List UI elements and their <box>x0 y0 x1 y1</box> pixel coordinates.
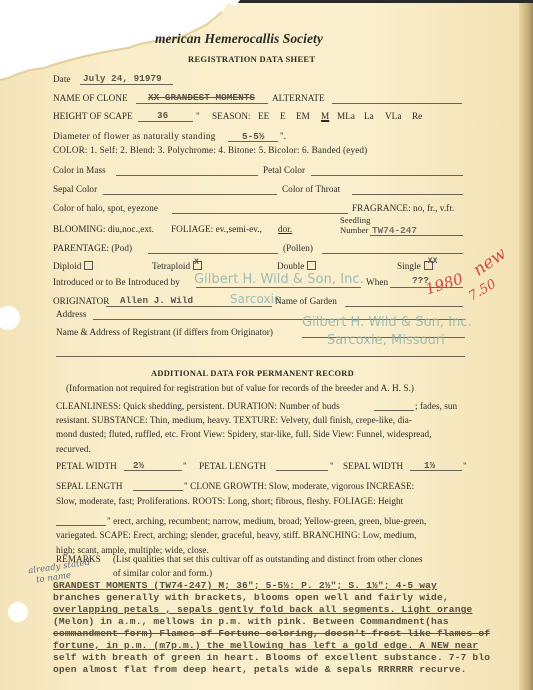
foliage-label: FOLIAGE: ev.,semi-ev., <box>171 224 262 234</box>
introduced-label: Introduced or to Be Introduced by <box>53 277 180 287</box>
clone-value: XX GRANDEST MOMENTS <box>148 92 255 103</box>
remarks-instructions-1: (List qualities that set this cultivar o… <box>113 554 423 564</box>
pollen-field <box>322 253 463 254</box>
single-label: Single <box>397 261 421 271</box>
date-label: Date <box>53 74 71 84</box>
growth-line1: " CLONE GROWTH: Slow, moderate, vigorous… <box>184 481 414 491</box>
org-title: merican Hemerocallis Society <box>155 31 323 47</box>
scape-inch: " <box>196 111 200 121</box>
growth-line3: " erect, arching, recumbent; narrow, med… <box>107 516 426 526</box>
tetraploid-label: Tetraploid <box>152 261 190 271</box>
halo-label: Color of halo, spot, eyezone <box>53 203 158 213</box>
season-re: Re <box>412 111 422 121</box>
growth-line2: Slow, moderate, fast; Proliferations. RO… <box>56 496 403 506</box>
cleanliness-line4: recurved. <box>56 444 91 454</box>
petal-color-field <box>311 175 463 176</box>
double-checkbox <box>307 261 316 270</box>
remarks-line-4: (Melon) in a.m., mellows in p.m. with pi… <box>53 616 449 627</box>
season-ee: EE <box>258 111 269 121</box>
remarks-line-6: fortune, in p.m. (m7p.m.) the mellowing … <box>53 640 478 651</box>
throat-field <box>352 194 463 195</box>
tetraploid-check-mark: X <box>194 258 199 267</box>
additional-title: ADDITIONAL DATA FOR PERMANENT RECORD <box>151 369 354 378</box>
date-value: July 24, 91979 <box>83 73 162 84</box>
double-option: Double <box>277 261 316 271</box>
petal-color-label: Petal Color <box>263 165 305 175</box>
throat-label: Color of Throat <box>282 184 340 194</box>
diameter-label: Diameter of flower as naturally standing <box>53 131 216 141</box>
double-label: Double <box>277 261 304 271</box>
season-la: La <box>364 111 374 121</box>
clone-label: NAME OF CLONE <box>53 93 128 103</box>
season-m-selected: M <box>321 111 329 121</box>
season-em: EM <box>296 111 310 121</box>
tetraploid-checkbox: X <box>193 261 202 270</box>
sepal-color-label: Sepal Color <box>53 184 97 194</box>
season-mla: MLa <box>337 111 355 121</box>
originator-value: Allen J. Wild <box>120 295 193 306</box>
blooming-label: BLOOMING: diu,noc.,ext. <box>53 224 154 234</box>
foliage-dor-selected: dor. <box>278 224 292 234</box>
halo-field <box>172 213 348 214</box>
sheet-title: REGISTRATION DATA SHEET <box>188 54 315 64</box>
color-types: COLOR: 1. Self: 2. Blend: 3. Polychrome:… <box>53 145 367 155</box>
single-checkbox: XX <box>424 261 433 270</box>
remarks-line-7: self with breath of green in heart. Bloo… <box>53 652 490 663</box>
sepal-color-field <box>103 194 277 195</box>
sepal-width-inch: " <box>463 461 467 471</box>
paper-edge <box>519 3 533 690</box>
foliage-height-field <box>56 525 106 526</box>
sepal-length-field <box>133 490 183 491</box>
garden-field <box>345 306 463 307</box>
registrant-stamp-line2: Sarcoxie, Missouri <box>327 333 445 348</box>
remarks-line-8: open almost flat from deep heart, petals… <box>53 664 467 675</box>
registrant-stamp-line1: Gilbert H. Wild & Son, Inc. <box>302 315 472 330</box>
scape-label: HEIGHT OF SCAPE <box>53 111 133 121</box>
cleanliness-line1: CLEANLINESS: Quick shedding, persistent.… <box>56 401 340 411</box>
diploid-checkbox <box>84 261 93 270</box>
pod-field <box>148 253 278 254</box>
diameter-suffix: ". <box>280 131 286 141</box>
seedling-number-label: Number <box>340 225 368 235</box>
punch-hole-bottom <box>8 602 28 622</box>
address-label: Address <box>56 309 86 319</box>
alternate-label: ALTERNATE <box>272 93 325 103</box>
introducer-stamp: Gilbert H. Wild & Son, Inc. <box>194 272 364 287</box>
seedling-label: Seedling <box>340 215 370 225</box>
pollen-label: (Pollen) <box>283 243 313 253</box>
remarks-line-3: overlapping petals , sepals gently fold … <box>53 604 472 615</box>
parentage-label: PARENTAGE: (Pod) <box>53 243 132 253</box>
color-mass-label: Color in Mass <box>53 165 106 175</box>
single-check-mark: XX <box>428 257 438 266</box>
diploid-option: Diploid <box>53 261 93 271</box>
registrant-field-line2 <box>56 356 465 357</box>
diploid-label: Diploid <box>53 261 81 271</box>
petal-width-inch: " <box>183 461 187 471</box>
remarks-line-1: GRANDEST MOMENTS (TW74-247) M; 36"; 5-5½… <box>53 580 437 591</box>
remarks-line-5: commandment form) Flames of Fortune colo… <box>53 628 490 639</box>
remarks-line-2: branches generally with brackets, blooms… <box>53 592 449 603</box>
originator-label: ORIGINATOR <box>53 296 109 306</box>
registrant-label: Name & Address of Registrant (if differs… <box>56 327 273 337</box>
season-vla: VLa <box>385 111 401 121</box>
single-option: SingleXX <box>397 261 433 271</box>
cleanliness-line1-end: ; fades, sun <box>415 401 457 411</box>
originator-stamp: Sarcoxie <box>230 292 281 306</box>
tetraploid-option: TetraploidX <box>152 261 202 271</box>
sepal-length-label: SEPAL LENGTH <box>56 481 123 491</box>
petal-length-inch: " <box>330 461 334 471</box>
sepal-width-label: SEPAL WIDTH <box>343 461 403 471</box>
petal-width-label: PETAL WIDTH <box>56 461 117 471</box>
petal-length-field <box>276 470 328 471</box>
alternate-field <box>332 103 462 104</box>
scape-value: 36 <box>157 110 168 121</box>
garden-label: Name of Garden <box>275 296 337 306</box>
fragrance-label: FRAGRANCE: no, fr., v.fr. <box>352 203 454 213</box>
cleanliness-line2: resistant. SUBSTANCE: Thin, medium, heav… <box>56 415 412 425</box>
season-e: E <box>280 111 286 121</box>
remarks-instructions-2: of similar color and form.) <box>113 568 212 578</box>
cleanliness-line3: mond dusted; fluted, ruffled, etc. Front… <box>56 429 432 439</box>
when-label: When <box>366 277 388 287</box>
additional-subtitle: (Information not required for registrati… <box>66 383 414 393</box>
color-mass-field <box>116 175 258 176</box>
buds-field <box>374 410 414 411</box>
season-label: SEASON: <box>212 111 251 121</box>
growth-line4: variegated. SCAPE: Erect, arching; slend… <box>56 530 417 540</box>
petal-length-label: PETAL LENGTH <box>199 461 266 471</box>
